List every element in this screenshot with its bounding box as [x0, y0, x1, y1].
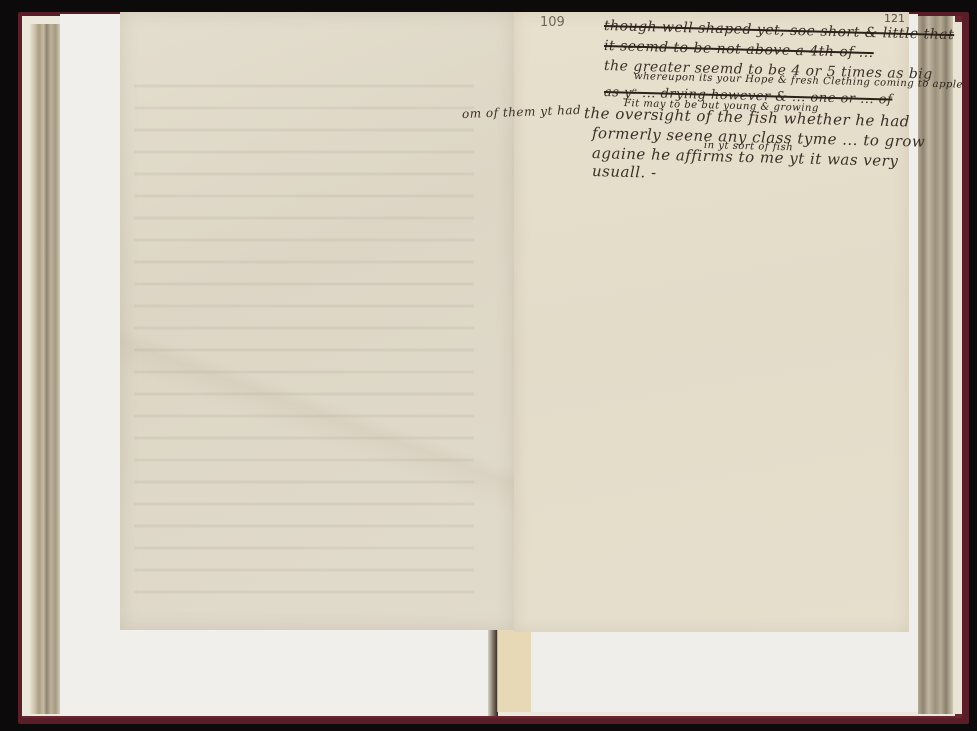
- pencil-folio-number: 109: [540, 15, 565, 30]
- manuscript-line-8: usuall. -: [592, 162, 657, 182]
- right-manuscript-leaf: 109 121 though well shaped yet, soe shor…: [514, 12, 909, 632]
- left-page-edges: [30, 24, 60, 714]
- left-manuscript-leaf: [120, 12, 514, 630]
- ink-folio-number: 121: [884, 12, 905, 25]
- right-page-edges: [918, 16, 953, 714]
- marginal-note: om of them yt had: [462, 103, 582, 121]
- manuscript-line-2: it seemd to be not above a 4th of ...: [604, 38, 874, 61]
- paper-fold-shadow: [120, 12, 514, 630]
- binding-stub: [497, 630, 531, 712]
